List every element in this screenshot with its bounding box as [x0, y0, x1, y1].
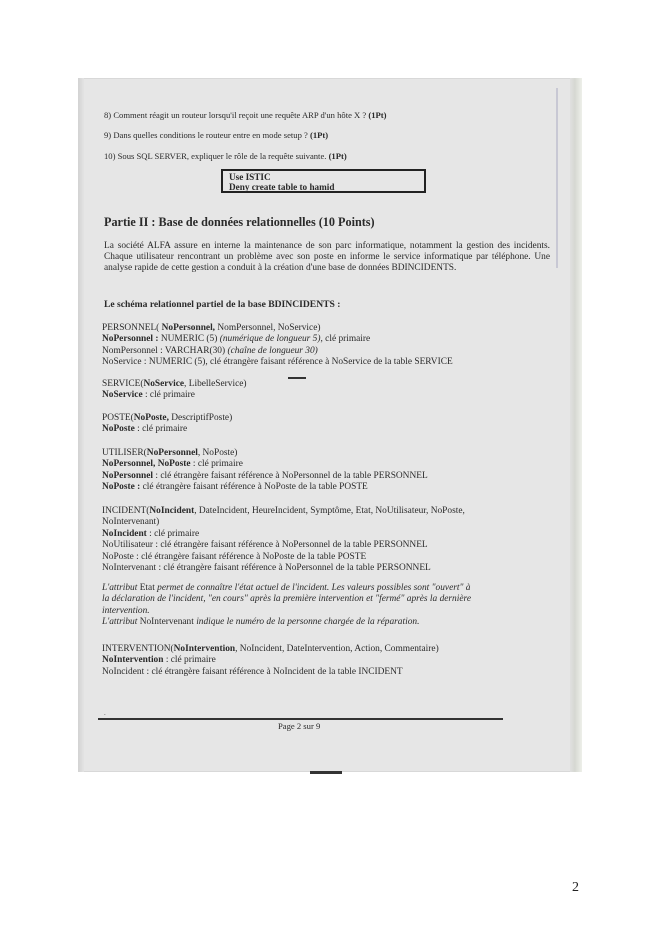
relation-incident: INCIDENT(NoIncident, DateIncident, Heure…	[102, 506, 562, 574]
sql-query-box: Use ISTIC Deny create table to hamid	[221, 169, 426, 193]
question-8: 8) Comment réagit un routeur lorsqu'il r…	[104, 110, 387, 121]
scanned-page: 8) Comment réagit un routeur lorsqu'il r…	[78, 78, 582, 772]
part2-intro: La société ALFA assure en interne la mai…	[104, 241, 550, 275]
relation-personnel: PERSONNEL( NoPersonnel, NomPersonnel, No…	[102, 323, 562, 369]
relation-intervention: INTERVENTION(NoIntervention, NoIncident,…	[102, 644, 562, 678]
relation-utiliser: UTILISER(NoPersonnel, NoPoste) NoPersonn…	[102, 448, 562, 494]
schema-heading: Le schéma relationnel partiel de la base…	[104, 299, 340, 310]
attribute-notes: L'attribut Etat permet de connaître l'ét…	[102, 583, 562, 629]
question-9: 9) Dans quelles conditions le routeur en…	[104, 130, 328, 141]
part2-title: Partie II : Base de données relationnell…	[104, 217, 375, 228]
page-footer: Page 2 sur 9	[278, 721, 320, 732]
page-content: 8) Comment réagit un routeur lorsqu'il r…	[78, 78, 582, 772]
relation-service: SERVICE(NoService, LibelleService) NoSer…	[102, 379, 562, 402]
relation-poste: POSTE(NoPoste, DescriptifPoste) NoPoste …	[102, 413, 562, 436]
outer-page-number: 2	[572, 880, 579, 896]
question-10: 10) Sous SQL SERVER, expliquer le rôle d…	[104, 151, 347, 162]
footer-rule	[98, 718, 503, 720]
